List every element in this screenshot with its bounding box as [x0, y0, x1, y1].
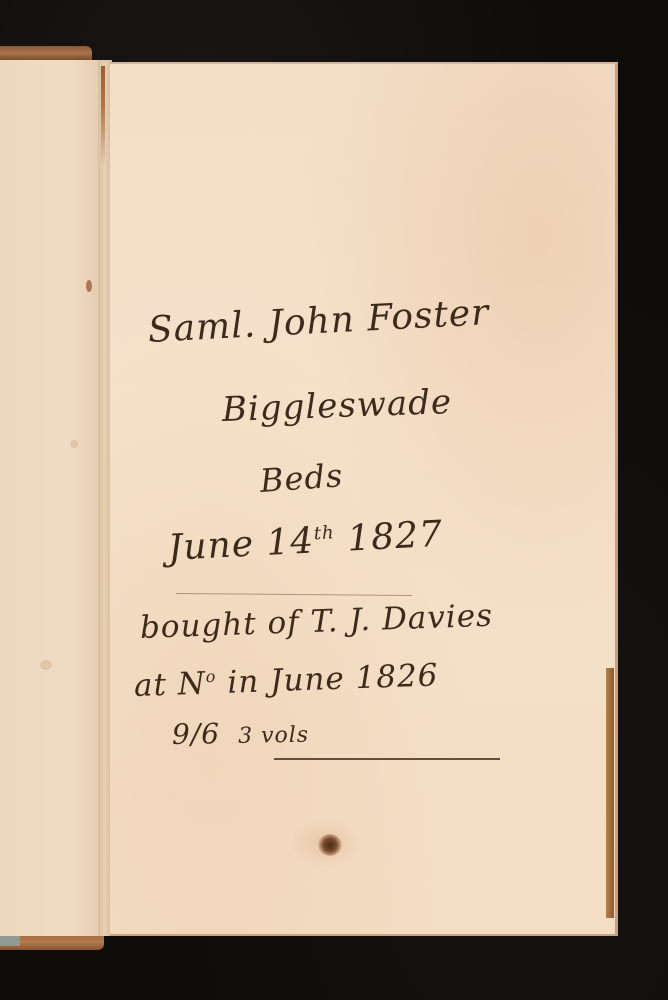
- foxing-spot: [86, 280, 92, 292]
- price: 9/6: [172, 717, 221, 751]
- left-pastedown-page: [0, 60, 100, 936]
- number-suffix: o: [205, 667, 216, 686]
- underline-rule: [274, 758, 500, 760]
- owner-town: Biggleswade: [221, 382, 452, 430]
- date-day: June 14: [167, 520, 315, 569]
- owner-county: Beds: [259, 456, 345, 500]
- volume-count: 3 vols: [238, 723, 309, 749]
- foxing-spot: [40, 660, 52, 670]
- foxing-spot: [70, 440, 78, 448]
- divider-rule: [176, 593, 412, 596]
- date-suffix: th: [313, 522, 335, 544]
- purchase-location: at No in June 1826: [133, 657, 439, 704]
- gutter-tear-mark: [101, 66, 105, 166]
- date-year: 1827: [334, 514, 444, 561]
- purchase-note: bought of T. J. Davies: [139, 598, 493, 646]
- handwritten-inscription: Saml. John Foster Biggleswade Beds June …: [110, 62, 618, 936]
- location-prefix: at N: [133, 666, 206, 704]
- cover-board-top-edge: [0, 46, 92, 60]
- cover-board-bottom-edge: [0, 934, 104, 950]
- inscription-date: June 14th 1827: [167, 514, 444, 569]
- price-line: 9/63 vols: [172, 716, 310, 751]
- purchase-date: in June 1826: [216, 657, 439, 701]
- owner-name: Saml. John Foster: [147, 292, 490, 351]
